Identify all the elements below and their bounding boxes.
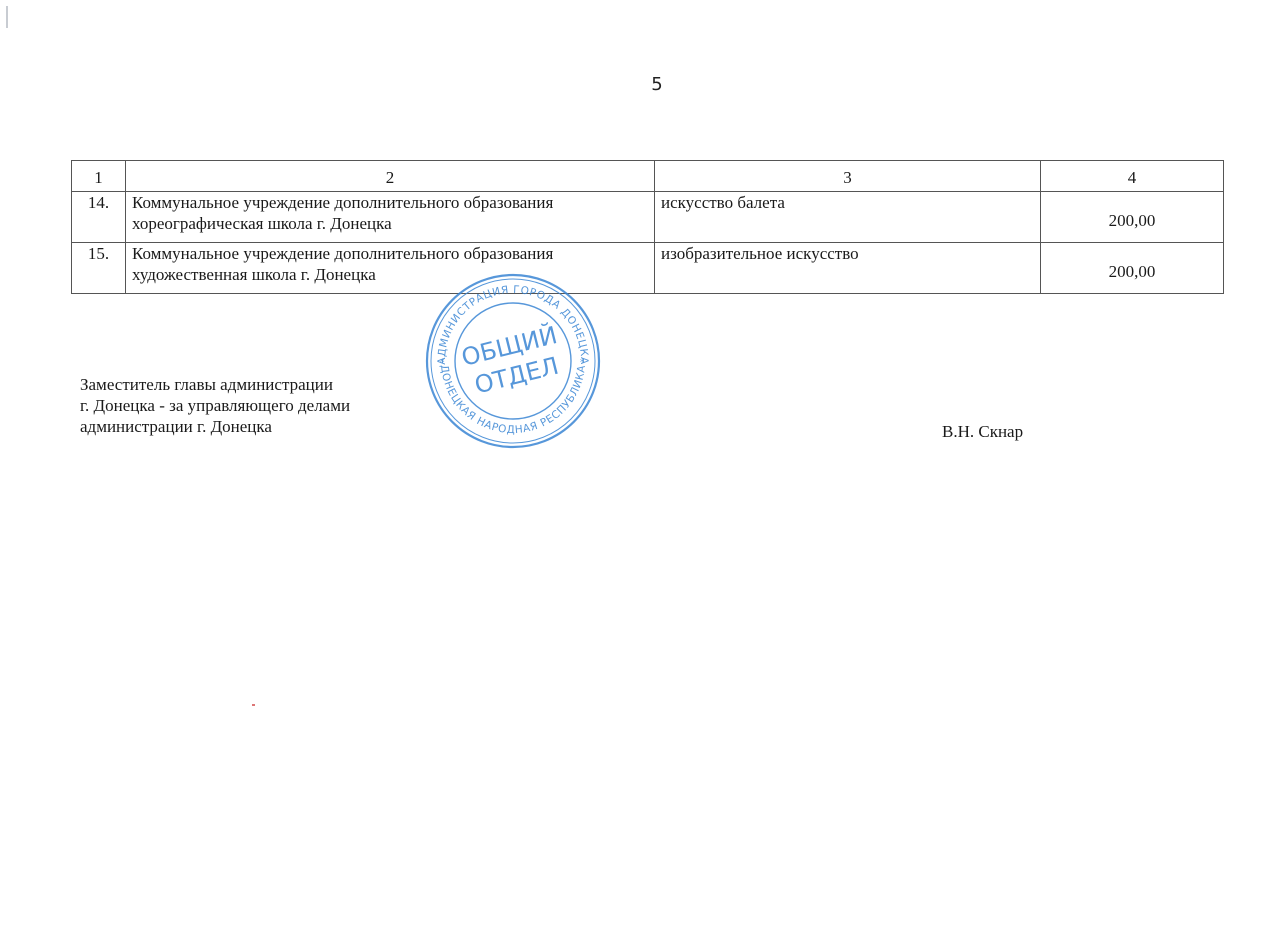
signatory-name: В.Н. Скнар — [942, 422, 1023, 442]
header-col-2: 2 — [126, 161, 655, 192]
amount-cell: 200,00 — [1041, 192, 1224, 243]
signatory-title-line: Заместитель главы администрации — [80, 374, 350, 395]
signatory-title: Заместитель главы администрации г. Донец… — [80, 374, 350, 437]
scan-artifact — [252, 704, 255, 706]
header-col-1: 1 — [72, 161, 126, 192]
table-row: 14. Коммунальное учреждение дополнительн… — [72, 192, 1224, 243]
amount-cell: 200,00 — [1041, 243, 1224, 294]
specialty-cell: искусство балета — [655, 192, 1041, 243]
signatory-title-line: г. Донецка - за управляющего делами — [80, 395, 350, 416]
header-col-4: 4 — [1041, 161, 1224, 192]
specialty-cell: изобразительное искусство — [655, 243, 1041, 294]
fees-table: 1 2 3 4 14. Коммунальное учреждение допо… — [71, 160, 1224, 294]
svg-text:*: * — [580, 358, 585, 368]
scan-edge-mark — [6, 6, 8, 28]
table-row: 15. Коммунальное учреждение дополнительн… — [72, 243, 1224, 294]
official-stamp-icon: АДМИНИСТРАЦИЯ ГОРОДА ДОНЕЦКА ДОНЕЦКАЯ НА… — [424, 272, 602, 450]
institution-line: Коммунальное учреждение дополнительного … — [132, 243, 648, 264]
institution-cell: Коммунальное учреждение дополнительного … — [126, 192, 655, 243]
institution-line: хореографическая школа г. Донецка — [132, 213, 648, 234]
header-col-3: 3 — [655, 161, 1041, 192]
institution-line: Коммунальное учреждение дополнительного … — [132, 192, 648, 213]
table-header-row: 1 2 3 4 — [72, 161, 1224, 192]
page-number: 5 — [0, 74, 1280, 95]
row-number: 15. — [72, 243, 126, 294]
signatory-title-line: администрации г. Донецка — [80, 416, 350, 437]
svg-text:*: * — [440, 358, 445, 368]
row-number: 14. — [72, 192, 126, 243]
